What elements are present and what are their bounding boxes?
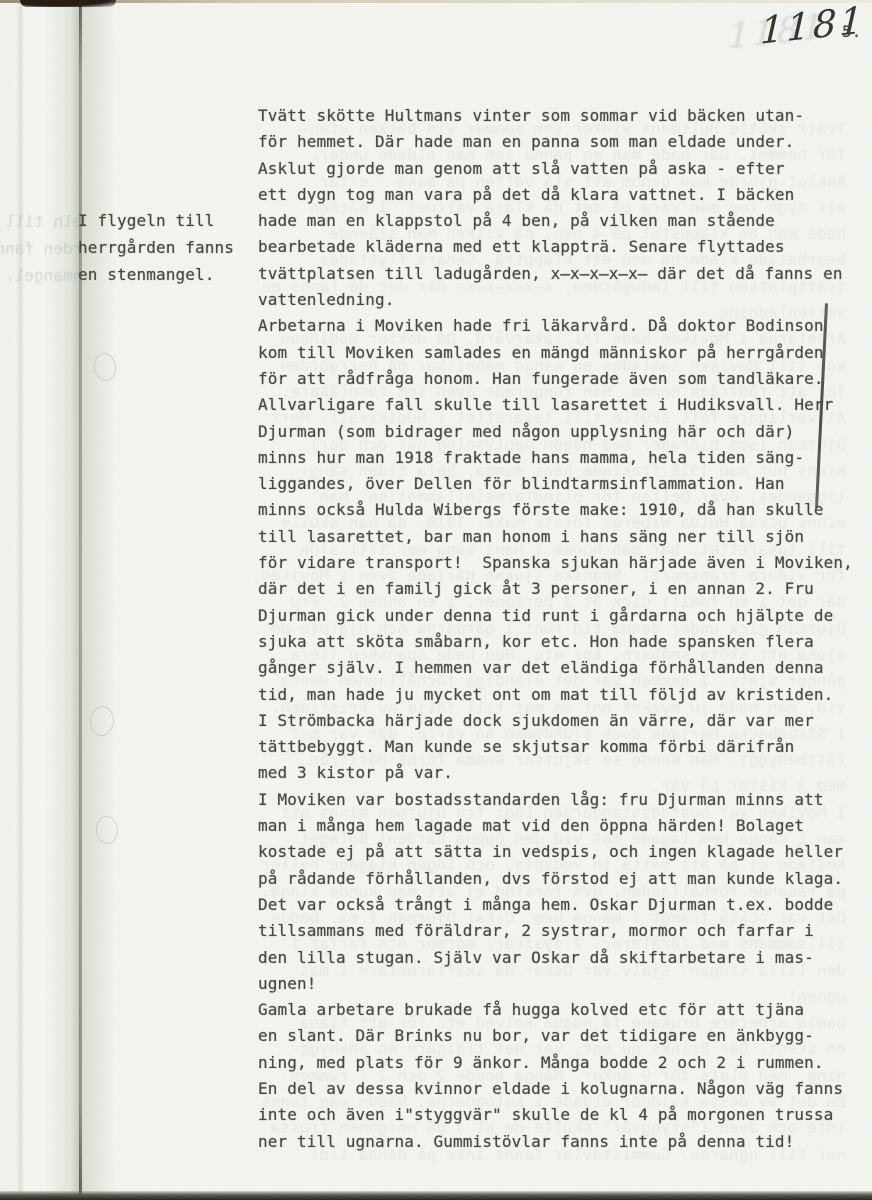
page-edge-shadow — [16, 0, 24, 1200]
text-line: en stenmangel. — [0, 262, 80, 289]
text-line: för hemmet. Där hade man en panna som ma… — [258, 129, 858, 155]
text-line: på rådande förhållanden, dvs förstod ej … — [258, 866, 858, 892]
text-line: Det var också trångt i många hem. Oskar … — [258, 892, 858, 918]
text-line: Tvätt skötte Hultmans vinter som sommar … — [258, 103, 858, 129]
text-line: Djurman (som bidrager med någon upplysni… — [258, 419, 858, 445]
text-line: liggandes, över Dellen för blindtarmsinf… — [258, 471, 858, 497]
text-line: hade man en klappstol på 4 ben, på vilke… — [258, 208, 858, 234]
text-line: Asklut gjorde man genom att slå vatten p… — [258, 156, 858, 182]
text-line: Gamla arbetare brukade få hugga kolved e… — [258, 997, 858, 1023]
binding-shadow — [20, 0, 116, 7]
text-line: herrgården fanns — [0, 235, 80, 262]
text-line: där det i en familj gick åt 3 personer, … — [258, 576, 858, 602]
text-line: tvättplatsen till ladugården, x̶x̶x̶x̶x̶… — [258, 261, 858, 287]
text-line: herrgården fanns — [78, 234, 234, 261]
page-bottom-edge — [0, 1191, 872, 1200]
text-line: Djurman gick under denna tid runt i gård… — [258, 603, 858, 629]
text-line: inte och även i"styggvär" skulle de kl 4… — [258, 1102, 858, 1128]
page-fold-shadow — [82, 0, 116, 1200]
text-line: för att rådfråga honom. Han fungerade äv… — [258, 366, 858, 392]
text-line: sjuka att sköta småbarn, kor etc. Hon ha… — [258, 629, 858, 655]
text-line: I Moviken var bostadsstandarden låg: fru… — [258, 787, 858, 813]
body-text: Tvätt skötte Hultmans vinter som sommar … — [258, 103, 858, 1155]
text-line: Arbetarna i Moviken hade fri läkarvård. … — [258, 313, 858, 339]
text-line: ning, med plats för 9 änkor. Många bodde… — [258, 1050, 858, 1076]
text-line: för vidare transport! Spanska sjukan här… — [258, 550, 858, 576]
page-number: 5. — [842, 22, 862, 41]
text-line: I Strömbacka härjade dock sjukdomen än v… — [258, 708, 858, 734]
text-line: bearbetade kläderna med ett klappträ. Se… — [258, 234, 858, 260]
bleed-through-margin-note: I flygeln tillherrgården fannsen stenman… — [0, 208, 80, 289]
previous-page-edge: I flygeln tillherrgården fannsen stenman… — [0, 0, 80, 1200]
text-line: en stenmangel. — [78, 261, 234, 288]
text-line: kostade ej på att sätta in vedspis, och … — [258, 839, 858, 865]
text-line: tid, man hade ju mycket ont om mat till … — [258, 682, 858, 708]
text-line: med 3 kistor på var. — [258, 760, 858, 786]
text-line: I flygeln till — [78, 207, 234, 234]
text-line: ner till ugnarna. Gummistövlar fanns int… — [258, 1129, 858, 1155]
page-top-edge — [0, 0, 872, 3]
scanned-document-page: I flygeln tillherrgården fannsen stenman… — [0, 0, 872, 1200]
text-line: man i många hem lagade mat vid den öppna… — [258, 813, 858, 839]
text-line: ett dygn tog man vara på det då klara va… — [258, 182, 858, 208]
text-line: En del av dessa kvinnor eldade i kolugna… — [258, 1076, 858, 1102]
text-line: minns också Hulda Wibergs förste make: 1… — [258, 497, 858, 523]
text-line: till lasarettet, bar man honom i hans sä… — [258, 524, 858, 550]
text-line: minns hur man 1918 fraktade hans mamma, … — [258, 445, 858, 471]
text-line: vattenledning. — [258, 287, 858, 313]
text-line: I flygeln till — [0, 208, 80, 235]
text-line: gånger själv. I hemmen var det eländiga … — [258, 655, 858, 681]
text-line: tättbebyggt. Man kunde se skjutsar komma… — [258, 734, 858, 760]
margin-note: I flygeln tillherrgården fannsen stenman… — [78, 207, 234, 288]
text-line: den lilla stugan. Själv var Oskar då ski… — [258, 945, 858, 971]
text-line: ugnen! — [258, 971, 858, 997]
text-line: kom till Moviken samlades en mängd männi… — [258, 340, 858, 366]
text-line: en slant. Där Brinks nu bor, var det tid… — [258, 1023, 858, 1049]
text-line: tillsammans med föräldrar, 2 systrar, mo… — [258, 918, 858, 944]
text-line: Allvarligare fall skulle till lasarettet… — [258, 392, 858, 418]
